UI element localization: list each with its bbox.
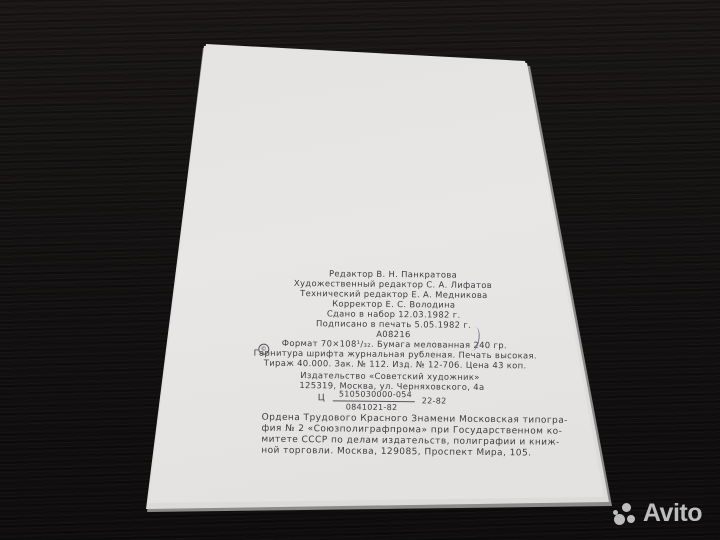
card-set: Редактор В. Н. Панкратова Художественный…: [0, 0, 720, 540]
printer-block: Ордена Трудового Красного Знамени Москов…: [4, 0, 720, 3]
index-numerator: 5105030000-054: [339, 389, 412, 399]
avito-dots-logo-icon: [613, 502, 639, 526]
index-suffix: 22-82: [422, 396, 447, 405]
index-denominator: 0841021-82: [346, 403, 398, 413]
imprint-block: Редактор В. Н. Панкратова Художественный…: [4, 0, 720, 3]
copyright-icon: ©: [258, 344, 269, 355]
catalog-code: А08216: [376, 329, 411, 339]
avito-wordmark: Avito: [643, 499, 702, 528]
index-prefix: Ц: [318, 393, 325, 403]
avito-watermark: Avito: [613, 499, 702, 528]
